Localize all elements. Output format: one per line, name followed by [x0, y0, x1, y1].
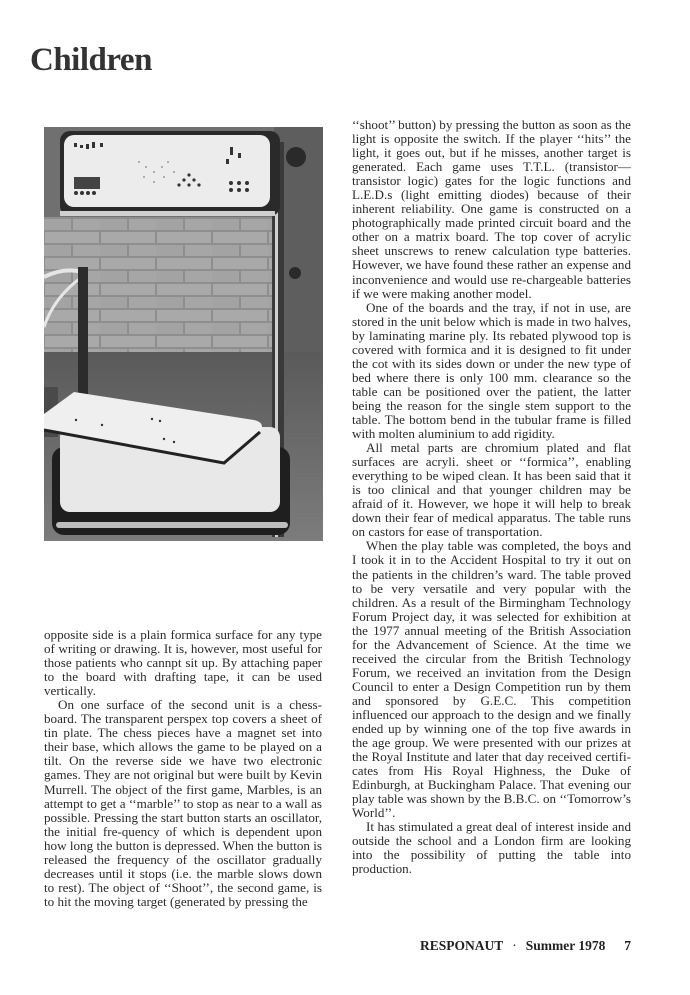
play-table-photo	[44, 127, 323, 541]
paragraph: One of the boards and the tray, if not i…	[352, 301, 631, 441]
paragraph: When the play table was completed, the b…	[352, 539, 631, 820]
paragraph: opposite side is a plain formica surface…	[44, 628, 322, 698]
page-number: 7	[624, 938, 631, 954]
paragraph: It has stimulated a great deal of intere…	[352, 820, 631, 876]
section-title: Children	[30, 42, 152, 79]
paragraph: ‘‘shoot’’ button) by pressing the button…	[352, 118, 631, 301]
issue-date: Summer 1978	[526, 938, 606, 954]
publication-name: RESPONAUT	[420, 938, 503, 954]
paragraph: All metal parts are chromium plated and …	[352, 441, 631, 539]
photo-illustration	[44, 127, 323, 541]
paragraph: On one surface of the second unit is a c…	[44, 698, 322, 909]
left-text-column: opposite side is a plain formica surface…	[44, 628, 322, 909]
page-footer: RESPONAUT · Summer 1978 7	[420, 938, 631, 954]
footer-separator: ·	[512, 938, 517, 954]
right-text-column: ‘‘shoot’’ button) by pressing the button…	[352, 118, 631, 877]
